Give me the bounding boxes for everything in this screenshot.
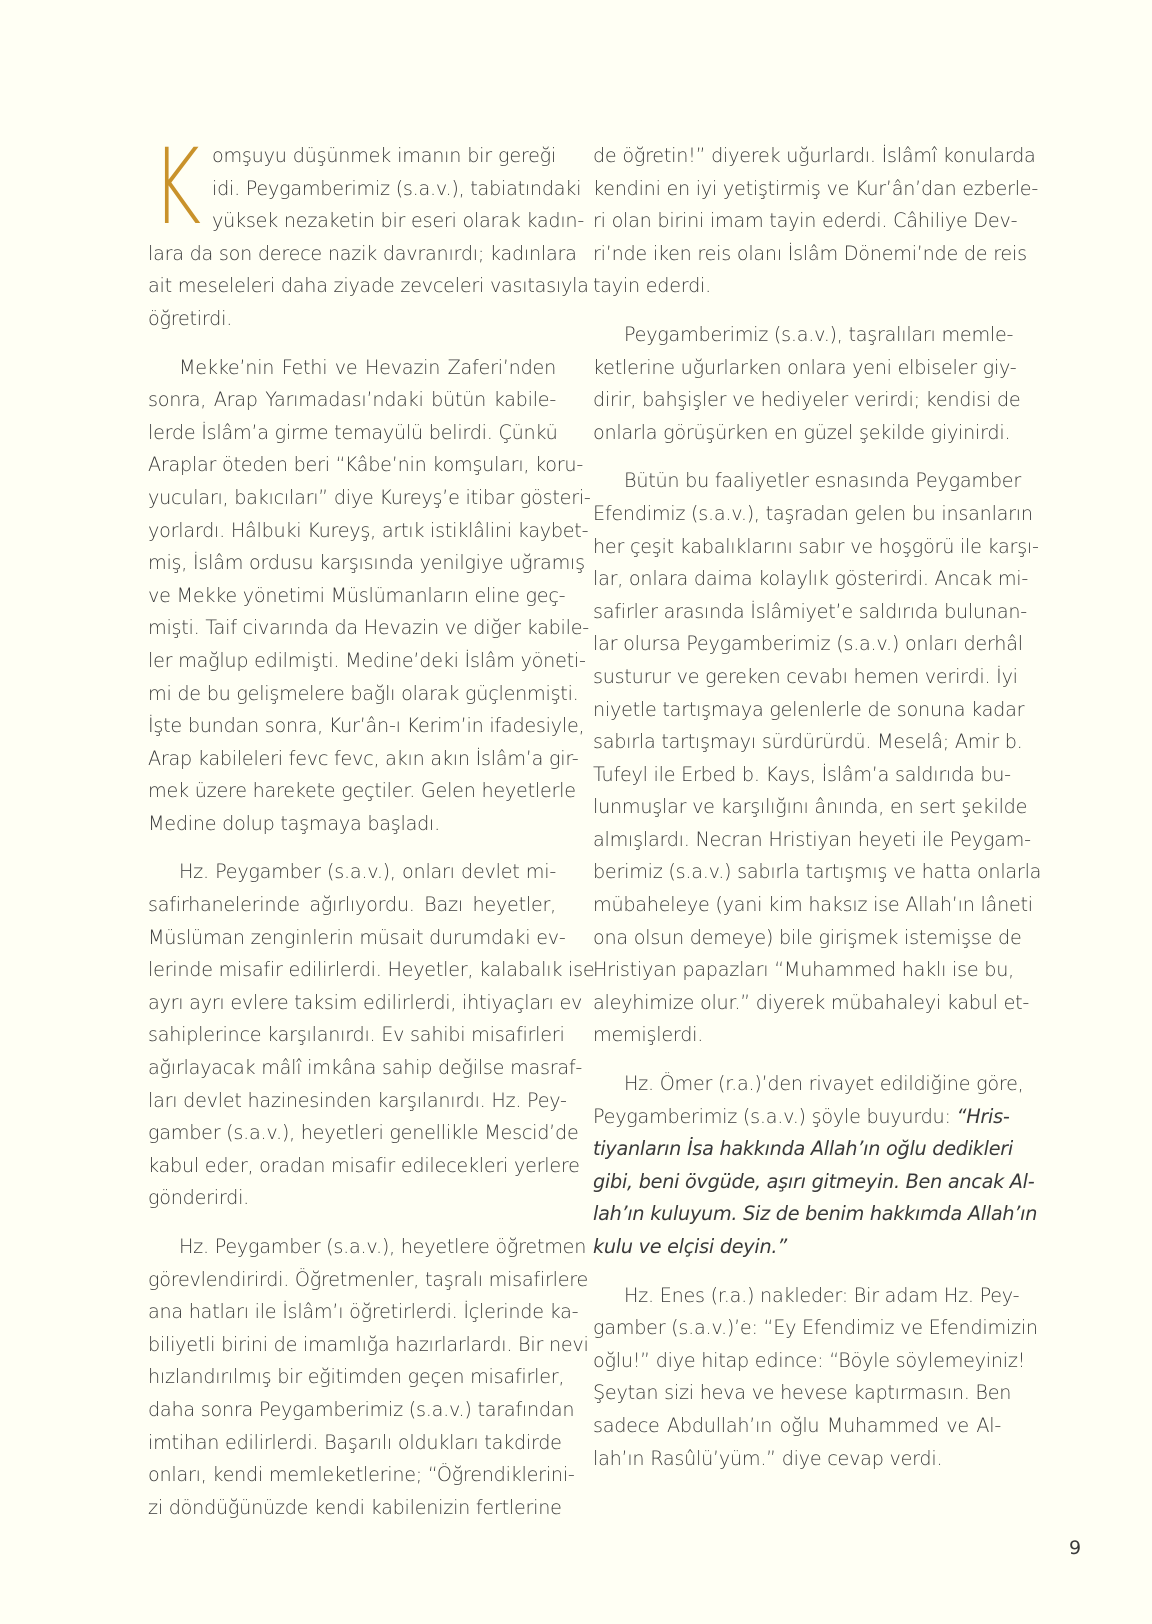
- text-line: omşuyu düşünmek imanın bir gereği: [148, 140, 556, 173]
- text-line: ait meseleleri daha ziyade zevceleri vas…: [148, 270, 556, 303]
- text-line: yorlardı. Hâlbuki Kureyş, artık istiklâl…: [148, 515, 556, 548]
- paragraph-5: de öğretin!” diyerek uğurlardı. İslâmî k…: [593, 140, 1001, 303]
- quote-line: tiyanların İsa hakkında Allah’ın oğlu de…: [593, 1133, 1001, 1166]
- text-line: gönderirdi.: [148, 1182, 556, 1215]
- paragraph-8-hadith: Hz. Ömer (r.a.)’den rivayet edildiğine g…: [593, 1068, 1001, 1264]
- text-line: mek üzere harekete geçtiler. Gelen heyet…: [148, 775, 556, 808]
- text-line: miş, İslâm ordusu karşısında yenilgiye u…: [148, 547, 556, 580]
- quote-line: lah’ın kuluyum. Siz de benim hakkımda Al…: [593, 1198, 1001, 1231]
- text-line: gamber (s.a.v.)’e: “Ey Efendimiz ve Efen…: [593, 1312, 1001, 1345]
- text-line: onlarla görüşürken en güzel şekilde giyi…: [593, 417, 1001, 450]
- text-line: lah’ın Rasûlü’yüm.” diye cevap verdi.: [593, 1443, 1001, 1476]
- text-line: kabul eder, oradan misafir edilecekleri …: [148, 1150, 556, 1183]
- paragraph-7: Bütün bu faaliyetler esnasında Peygamber…: [593, 465, 1001, 1052]
- text-line: Efendimiz (s.a.v.), taşradan gelen bu in…: [593, 498, 1001, 531]
- text-line: ler mağlup edilmişti. Medine’deki İslâm …: [148, 645, 556, 678]
- text-line: sadece Abdullah’ın oğlu Muhammed ve Al-: [593, 1410, 1001, 1443]
- text-line: görevlendirirdi. Öğretmenler, taşralı mi…: [148, 1264, 556, 1297]
- text-line: niyetle tartışmaya gelenlerle de sonuna …: [593, 694, 1001, 727]
- text-line: mi de bu gelişmelere bağlı olarak güçlen…: [148, 678, 556, 711]
- text-line: ları devlet hazinesinden karşılanırdı. H…: [148, 1085, 556, 1118]
- text-line: susturur ve gereken cevabı hemen verirdi…: [593, 661, 1001, 694]
- quote-start-italic: “Hris-: [957, 1105, 1010, 1128]
- text-line: aleyhimize olur.” diyerek mübahaleyi kab…: [593, 987, 1001, 1020]
- text-line: almışlardı. Necran Hristiyan heyeti ile …: [593, 824, 1001, 857]
- paragraph-6: Peygamberimiz (s.a.v.), taşralıları meml…: [593, 319, 1001, 449]
- text-line: lar, onlara daima kolaylık gösterirdi. A…: [593, 563, 1001, 596]
- text-line: yucuları, bakıcıları” diye Kureyş’e itib…: [148, 482, 556, 515]
- text-line: sonra, Arap Yarımadası’ndaki bütün kabil…: [148, 384, 556, 417]
- text-line: berimiz (s.a.v.) sabırla tartışmış ve ha…: [593, 856, 1001, 889]
- left-column: K omşuyu düşünmek imanın bir gereği idi.…: [148, 140, 556, 1540]
- text-line: sabırla tartışmayı sürdürürdü. Meselâ; A…: [593, 726, 1001, 759]
- text-line: lerde İslâm’a girme temayülü belirdi. Çü…: [148, 417, 556, 450]
- paragraph-1: K omşuyu düşünmek imanın bir gereği idi.…: [148, 140, 556, 336]
- text-line: ve Mekke yönetimi Müslümanların eline ge…: [148, 580, 556, 613]
- text-line: lerinde misafir edilirlerdi. Heyetler, k…: [148, 954, 556, 987]
- text-line: ona olsun demeye) bile girişmek istemişs…: [593, 922, 1001, 955]
- text-line-upright: Peygamberimiz (s.a.v.) şöyle buyurdu:: [593, 1105, 957, 1128]
- text-line: Bütün bu faaliyetler esnasında Peygamber: [593, 465, 1001, 498]
- text-line: tayin ederdi.: [593, 270, 1001, 303]
- text-line: lunmuşlar ve karşılığını ânında, en sert…: [593, 791, 1001, 824]
- text-line: Peygamberimiz (s.a.v.), taşralıları meml…: [593, 319, 1001, 352]
- text-line: safirhanelerinde ağırlıyordu. Bazı heyet…: [148, 889, 556, 922]
- text-line: hızlandırılmış bir eğitimden geçen misaf…: [148, 1361, 556, 1394]
- text-line: ana hatları ile İslâm’ı öğretirlerdi. İç…: [148, 1296, 556, 1329]
- text-line: idi. Peygamberimiz (s.a.v.), tabiatındak…: [148, 173, 556, 206]
- text-line: mübaheleye (yani kim haksız ise Allah’ın…: [593, 889, 1001, 922]
- text-line: Peygamberimiz (s.a.v.) şöyle buyurdu: “H…: [593, 1101, 1001, 1134]
- paragraph-4: Hz. Peygamber (s.a.v.), heyetlere öğretm…: [148, 1231, 556, 1524]
- text-line: memişlerdi.: [593, 1019, 1001, 1052]
- text-line: Araplar öteden beri “Kâbe’nin komşuları,…: [148, 449, 556, 482]
- text-line: Müslüman zenginlerin müsait durumdaki ev…: [148, 922, 556, 955]
- text-line: sahiplerince karşılanırdı. Ev sahibi mis…: [148, 1019, 556, 1052]
- text-line: kendini en iyi yetiştirmiş ve Kur’ân’dan…: [593, 173, 1001, 206]
- text-line: Şeytan sizi heva ve hevese kaptırmasın. …: [593, 1377, 1001, 1410]
- text-line: zi döndüğünüzde kendi kabilenizin fertle…: [148, 1492, 556, 1525]
- text-line: ri olan birini imam tayin ederdi. Câhili…: [593, 205, 1001, 238]
- page-number: 9: [1069, 1537, 1081, 1559]
- text-line: oğlu!” diye hitap edince: “Böyle söyleme…: [593, 1345, 1001, 1378]
- text-line: yüksek nezaketin bir eseri olarak kadın-: [148, 205, 556, 238]
- paragraph-2: Mekke’nin Fethi ve Hevazin Zaferi’nden s…: [148, 352, 556, 841]
- text-line: Mekke’nin Fethi ve Hevazin Zaferi’nden: [148, 352, 556, 385]
- right-column: de öğretin!” diyerek uğurlardı. İslâmî k…: [593, 140, 1001, 1491]
- book-page: K omşuyu düşünmek imanın bir gereği idi.…: [0, 0, 1152, 1624]
- text-line: Hz. Peygamber (s.a.v.), onları devlet mi…: [148, 856, 556, 889]
- text-line: Hz. Ömer (r.a.)’den rivayet edildiğine g…: [593, 1068, 1001, 1101]
- text-line: her çeşit kabalıklarını sabır ve hoşgörü…: [593, 531, 1001, 564]
- text-line: safirler arasında İslâmiyet’e saldırıda …: [593, 596, 1001, 629]
- text-line: öğretirdi.: [148, 303, 556, 336]
- quote-line: kulu ve elçisi deyin.”: [593, 1231, 1001, 1264]
- text-line: Hristiyan papazları “Muhammed haklı ise …: [593, 954, 1001, 987]
- text-line: imtihan edilirlerdi. Başarılı oldukları …: [148, 1427, 556, 1460]
- drop-cap-letter: K: [152, 137, 201, 237]
- text-line: lara da son derece nazik davranırdı; kad…: [148, 238, 556, 271]
- text-line: gamber (s.a.v.), heyetleri genellikle Me…: [148, 1117, 556, 1150]
- text-line: lar olursa Peygamberimiz (s.a.v.) onları…: [593, 628, 1001, 661]
- text-line: biliyetli birini de imamlığa hazırlarlar…: [148, 1329, 556, 1362]
- text-line: de öğretin!” diyerek uğurlardı. İslâmî k…: [593, 140, 1001, 173]
- paragraph-9: Hz. Enes (r.a.) nakleder: Bir adam Hz. P…: [593, 1280, 1001, 1476]
- text-line: onları, kendi memleketlerine; “Öğrendikl…: [148, 1459, 556, 1492]
- text-line: ketlerine uğurlarken onlara yeni elbisel…: [593, 352, 1001, 385]
- text-line: ri’nde iken reis olanı İslâm Dönemi’nde …: [593, 238, 1001, 271]
- quote-line: gibi, beni övgüde, aşırı gitmeyin. Ben a…: [593, 1166, 1001, 1199]
- text-line: Hz. Peygamber (s.a.v.), heyetlere öğretm…: [148, 1231, 556, 1264]
- text-line: daha sonra Peygamberimiz (s.a.v.) tarafı…: [148, 1394, 556, 1427]
- paragraph-3: Hz. Peygamber (s.a.v.), onları devlet mi…: [148, 856, 556, 1215]
- text-line: mişti. Taif civarında da Hevazin ve diğe…: [148, 612, 556, 645]
- text-line: dirir, bahşişler ve hediyeler verirdi; k…: [593, 384, 1001, 417]
- text-line: ağırlayacak mâlî imkâna sahip değilse ma…: [148, 1052, 556, 1085]
- text-line: ayrı ayrı evlere taksim edilirlerdi, iht…: [148, 987, 556, 1020]
- text-line: Tufeyl ile Erbed b. Kays, İslâm’a saldır…: [593, 759, 1001, 792]
- text-line: Medine dolup taşmaya başladı.: [148, 808, 556, 841]
- text-line: İşte bundan sonra, Kur’ân-ı Kerim’in ifa…: [148, 710, 556, 743]
- text-line: Hz. Enes (r.a.) nakleder: Bir adam Hz. P…: [593, 1280, 1001, 1313]
- text-line: Arap kabileleri fevc fevc, akın akın İsl…: [148, 743, 556, 776]
